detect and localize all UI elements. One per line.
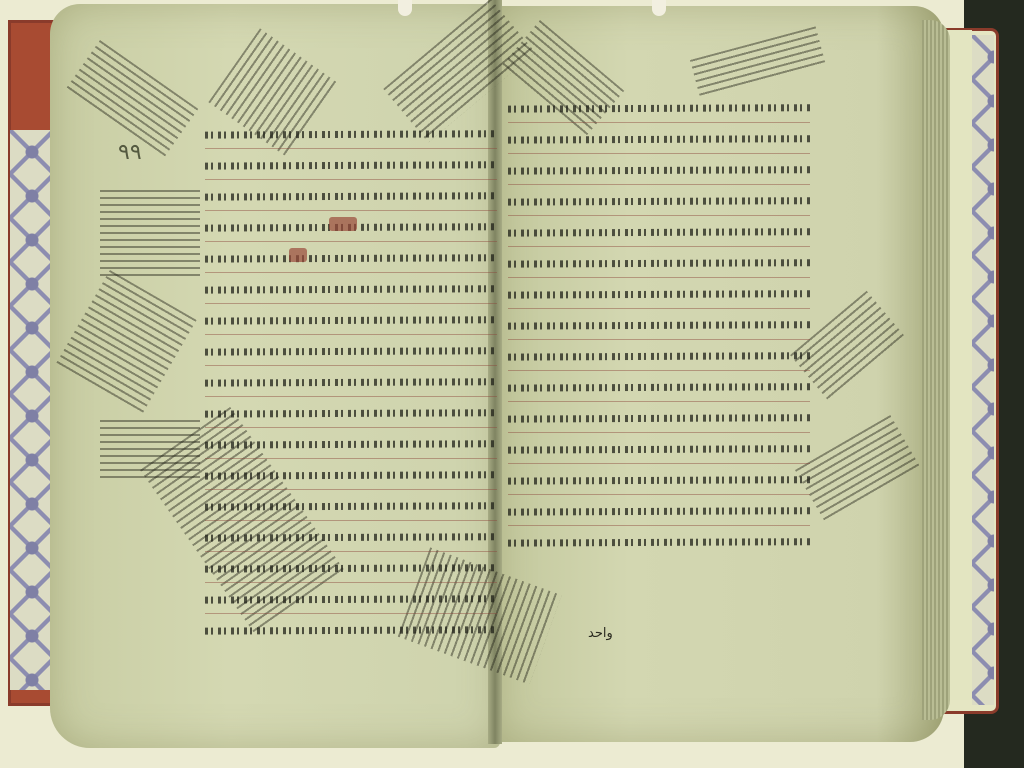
text-line [205, 335, 497, 366]
text-line [205, 180, 497, 211]
text-line [205, 304, 497, 335]
manuscript-scene: ٩٩ واحد [0, 0, 1024, 768]
page-clip-left [398, 0, 412, 16]
text-line [508, 371, 810, 402]
text-line [205, 459, 497, 490]
text-line [205, 552, 497, 583]
text-line [508, 154, 810, 185]
rubric [289, 248, 307, 262]
text-line [205, 242, 497, 273]
text-line [205, 366, 497, 397]
text-line [205, 118, 497, 149]
page-clip-right [652, 0, 666, 16]
text-line [205, 490, 497, 521]
text-line [508, 495, 810, 526]
text-line [205, 149, 497, 180]
text-line [508, 309, 810, 340]
text-line [508, 526, 810, 556]
text-line [508, 278, 810, 309]
text-line [205, 583, 497, 614]
page-fore-edge [922, 20, 950, 720]
catchword: واحد [588, 626, 613, 641]
text-line [508, 216, 810, 247]
text-line [508, 433, 810, 464]
rubric [329, 217, 357, 231]
right-main-text [508, 92, 810, 556]
marginal-gloss [100, 190, 200, 280]
text-line [205, 428, 497, 459]
text-line [205, 211, 497, 242]
text-line [508, 92, 810, 123]
right-endpaper-pattern [972, 35, 994, 705]
text-line [205, 273, 497, 304]
text-line [508, 185, 810, 216]
text-line [205, 397, 497, 428]
left-main-text [205, 118, 497, 644]
folio-number: ٩٩ [118, 140, 142, 165]
text-line [508, 464, 810, 495]
text-line [205, 614, 497, 644]
text-line [508, 247, 810, 278]
text-line [508, 123, 810, 154]
text-line [508, 340, 810, 371]
text-line [508, 402, 810, 433]
text-line [205, 521, 497, 552]
